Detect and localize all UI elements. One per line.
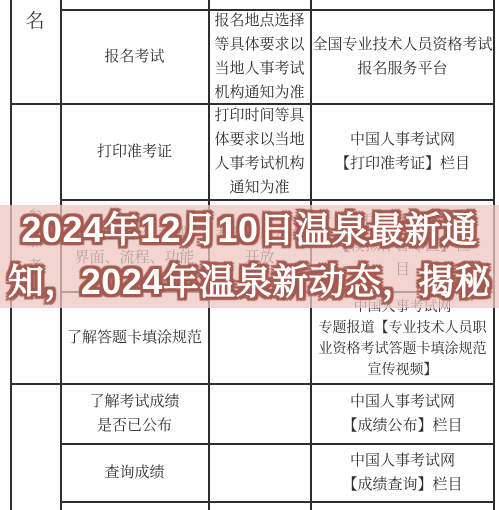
group-label-registration: 名 <box>12 0 58 38</box>
step-cell-print-ticket: 打印准考证 <box>62 105 207 198</box>
channel-cell-register: 全国专业技术人员资格考试 报名服务平台 <box>312 11 493 102</box>
step-cell-check-score-published: 了解考试成绩 是否已公布 <box>62 385 207 442</box>
detail-cell-print-ticket: 打印时间等具 体要求以当地 人事考试机构 通知为准 <box>210 105 309 198</box>
detail-cell-register: 报名地点选择 等具体要求以 当地人事考试 机构通知为准 <box>210 11 309 102</box>
promo-banner-overlay <box>0 205 499 308</box>
step-cell-register: 报名考试 <box>62 11 207 102</box>
row-divider-bottom <box>60 501 495 503</box>
channel-cell-check-score-published: 中国人事考试网 【成绩公布】栏目 <box>312 385 493 442</box>
channel-cell-print-ticket: 中国人事考试网 【打印准考证】栏目 <box>312 105 493 198</box>
step-cell-query-score: 查询成绩 <box>62 445 207 501</box>
exam-procedure-table-page: 名 参 加 考 试 报名考试 报名地点选择 等具体要求以 当地人事考试 机构通知… <box>0 0 499 510</box>
channel-cell-query-score: 中国人事考试网 【成绩查询】栏目 <box>312 445 493 501</box>
